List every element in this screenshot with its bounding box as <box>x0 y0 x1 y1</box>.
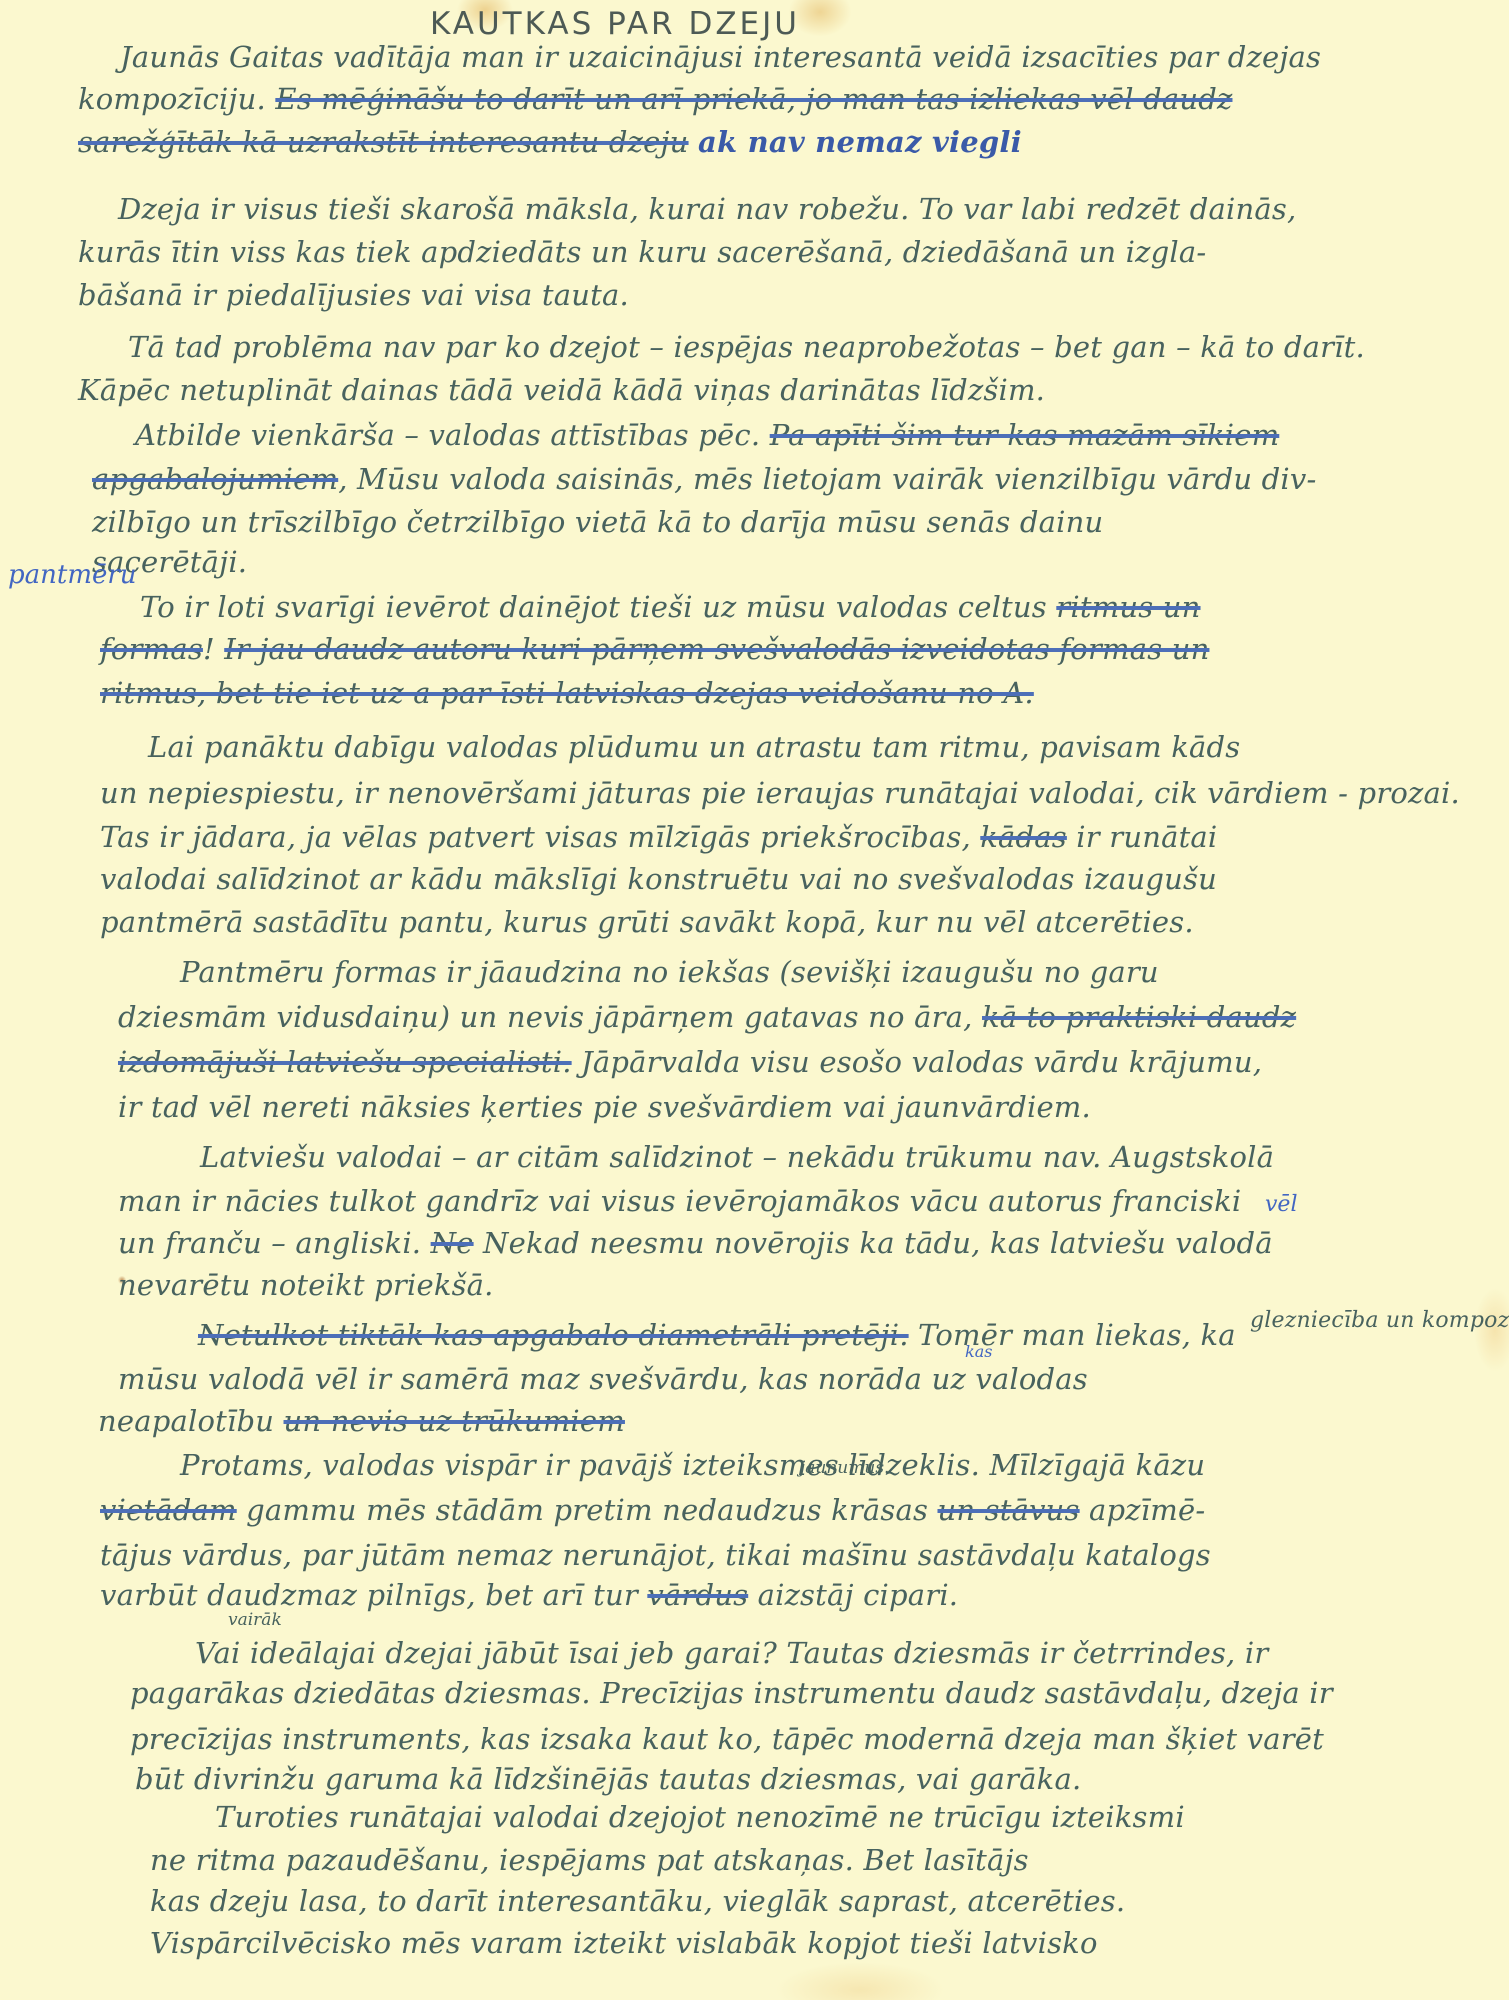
margin-insertion: glezniecība un kompozit. <box>1250 1308 1509 1333</box>
struck-text: kādas <box>980 820 1067 854</box>
text-line: zilbīgo un trīszilbīgo četrzilbīgo vietā… <box>92 505 1103 539</box>
text-line: būt divrinžu garuma kā līdzšinējās tauta… <box>135 1762 1081 1796</box>
struck-text: vietādam <box>100 1493 237 1527</box>
margin-note: pantmēru <box>8 560 137 590</box>
struck-text: vārdus <box>647 1578 748 1612</box>
insertion-note: jaunumus. <box>800 1458 889 1478</box>
text-line: Turoties runātajai valodai dzejojot neno… <box>215 1800 1185 1834</box>
text-line: Pantmēru formas ir jāaudzina no iekšas (… <box>180 955 1159 989</box>
text-line: apgabalojumiem, Mūsu valoda saisinās, mē… <box>92 462 1316 496</box>
text-line: Latviešu valodai – ar citām salīdzinot –… <box>200 1140 1274 1174</box>
struck-text: Ir jau daudz autoru kuri pārņem svešvalo… <box>224 632 1209 666</box>
text-line: man ir nācies tulkot gandrīz vai visus i… <box>118 1184 1241 1218</box>
struck-text: ritmus, bet tie iet uz a par īsti latvis… <box>100 676 1034 710</box>
struck-text: Pa apīti šim tur kas mazām sīkiem <box>770 418 1280 452</box>
text-line: Jaunās Gaitas vadītāja man ir uzaicināju… <box>120 40 1321 74</box>
text-line: kurās ītin viss kas tiek apdziedāts un k… <box>78 235 1206 269</box>
struck-text: Netulkot tiktāk kas apgabalo diametrāli … <box>198 1318 909 1352</box>
text-line: kompozīciju. Es mēģināšu to darīt un arī… <box>78 82 1232 116</box>
correction-note: ak nav nemaz viegli <box>698 125 1022 159</box>
text-line: mūsu valodā vēl ir samērā maz svešvārdu,… <box>118 1362 1088 1396</box>
struck-text: izdomājuši latviešu specialisti. <box>118 1045 572 1079</box>
struck-text: formas <box>100 632 203 666</box>
text-line: vietādam gammu mēs stādām pretim nedaudz… <box>100 1493 1205 1527</box>
text-line: dziesmām vidusdaiņu) un nevis jāpārņem g… <box>118 1000 1296 1034</box>
text-line: kas dzeju lasa, to darīt interesantāku, … <box>150 1884 1125 1918</box>
text-line: neapalotību un nevis uz trūkumiem <box>98 1404 625 1438</box>
text-line: Dzeja ir visus tieši skarošā māksla, kur… <box>118 192 1296 226</box>
text-line: Kāpēc netuplināt dainas tādā veidā kādā … <box>78 373 1045 407</box>
text-line: Tas ir jādara, ja vēlas patvert visas mī… <box>100 820 1217 854</box>
struck-text: un nevis uz trūkumiem <box>284 1404 625 1438</box>
text-line: Vai ideālajai dzejai jābūt īsai jeb gara… <box>195 1636 1268 1670</box>
text-line: un nepiespiestu, ir nenovēršami jāturas … <box>100 776 1460 810</box>
text-line: ne ritma pazaudēšanu, iespējams pat atsk… <box>150 1843 1029 1877</box>
text-line: Netulkot tiktāk kas apgabalo diametrāli … <box>198 1318 1236 1352</box>
text-line: nevarētu noteikt priekšā. <box>118 1268 494 1302</box>
text-line: Protams, valodas vispār ir pavājš izteik… <box>180 1448 1205 1482</box>
text-line: tājus vārdus, par jūtām nemaz nerunājot,… <box>100 1538 1211 1572</box>
text-line: sarežģītāk kā uzrakstīt interesantu dzej… <box>78 125 1022 159</box>
insertion-note: vairāk <box>228 1610 282 1630</box>
text-line: pagarākas dziedātas dziesmas. Precīzijas… <box>130 1676 1333 1710</box>
manuscript-page: KAUTKAS PAR DZEJU Jaunās Gaitas vadītāja… <box>0 0 1509 2000</box>
struck-text: un stāvus <box>937 1493 1079 1527</box>
struck-text: ritmus un <box>1056 590 1200 624</box>
text-line: ritmus, bet tie iet uz a par īsti latvis… <box>100 676 1034 710</box>
struck-text: sarežģītāk kā uzrakstīt interesantu dzej… <box>78 125 689 159</box>
text-line: izdomājuši latviešu specialisti. Jāpārva… <box>118 1045 1262 1079</box>
text-line: Vispārcilvēcisko mēs varam izteikt visla… <box>150 1926 1098 1960</box>
struck-text: apgabalojumiem <box>92 462 338 496</box>
text-line: Atbilde vienkārša – valodas attīstības p… <box>135 418 1279 452</box>
text-line: Lai panāktu dabīgu valodas plūdumu un at… <box>148 730 1240 764</box>
text-line: To ir loti svarīgi ievērot dainējot tieš… <box>140 590 1201 624</box>
text-line: formas! Ir jau daudz autoru kuri pārņem … <box>100 632 1209 666</box>
text-line: varbūt daudzmaz pilnīgs, bet arī tur vār… <box>100 1578 958 1612</box>
text-line: bāšanā ir piedalījusies vai visa tauta. <box>78 278 629 312</box>
text-line: ir tad vēl nereti nāksies ķerties pie sv… <box>118 1090 1091 1124</box>
text-line: pantmērā sastādītu pantu, kurus grūti sa… <box>100 905 1194 939</box>
text-line: Tā tad problēma nav par ko dzejot – iesp… <box>128 330 1365 364</box>
insertion-note: kas <box>965 1342 992 1361</box>
struck-text: Ne <box>431 1226 474 1260</box>
struck-text: kā to praktiski daudz <box>982 1000 1296 1034</box>
insertion-note: vēl <box>1265 1192 1297 1217</box>
text-line: un franču – angliski. Ne Nekad neesmu no… <box>118 1226 1273 1260</box>
document-title: KAUTKAS PAR DZEJU <box>430 6 800 42</box>
struck-text: Es mēģināšu to darīt un arī priekā, jo m… <box>275 82 1232 116</box>
text-line: valodai salīdzinot ar kādu mākslīgi kons… <box>100 862 1217 896</box>
text-line: precīzijas instruments, kas izsaka kaut … <box>130 1722 1324 1756</box>
